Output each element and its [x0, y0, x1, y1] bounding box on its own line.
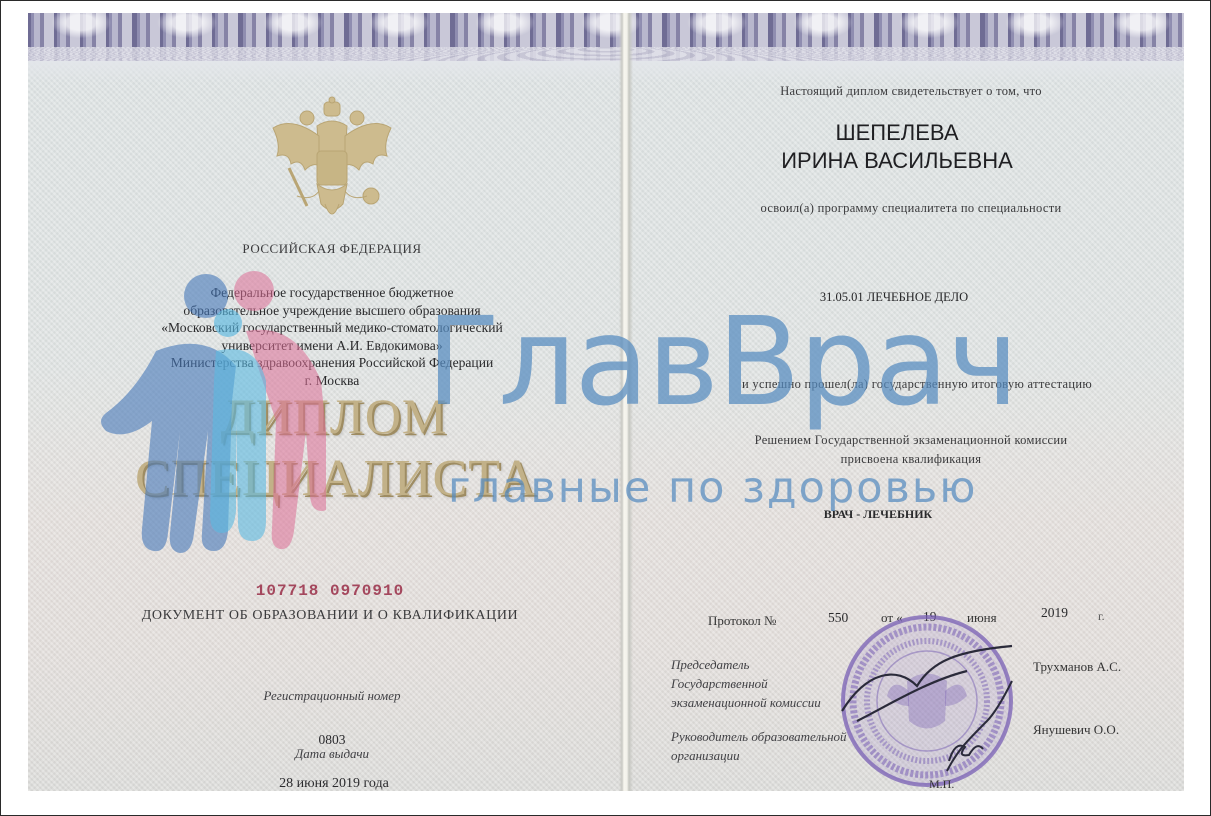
- decision-line: Решением Государственной экзаменационной…: [755, 431, 1068, 450]
- protocol-year: 2019: [1041, 605, 1068, 621]
- official-seal-icon: [837, 611, 1017, 791]
- watermark-brand: ГлавВрач: [426, 301, 1017, 423]
- organization-head-title: Руководитель образовательной организации: [671, 727, 847, 765]
- guilloche-border: [28, 13, 1184, 61]
- issue-date: 28 июня 2019 года: [279, 776, 389, 792]
- organization-head-name: Янушевич О.О.: [1033, 722, 1119, 738]
- chair-title-line: экзаменационной комиссии: [671, 693, 821, 712]
- head-title-line: Руководитель образовательной: [671, 727, 847, 746]
- graduate-surname: ШЕПЕЛЕВА: [781, 119, 1013, 147]
- head-title-line: организации: [671, 746, 847, 765]
- commission-chair-title: Председатель Государственной экзаменацио…: [671, 655, 821, 712]
- watermark-tagline: главные по здоровью: [448, 467, 977, 510]
- commission-chair-name: Трухманов А.С.: [1033, 659, 1121, 675]
- graduate-given-names: ИРИНА ВАСИЛЬЕВНА: [781, 147, 1013, 175]
- country-name: РОССИЙСКАЯ ФЕДЕРАЦИЯ: [242, 241, 421, 257]
- coat-of-arms-icon: [267, 96, 397, 231]
- seal-label: М.П.: [929, 777, 954, 792]
- protocol-year-suffix: г.: [1098, 609, 1105, 624]
- document-type: ДОКУМЕНТ ОБ ОБРАЗОВАНИИ И О КВАЛИФИКАЦИИ: [142, 608, 519, 624]
- image-frame: РОССИЙСКАЯ ФЕДЕРАЦИЯ Федеральное государ…: [0, 0, 1211, 816]
- watermark-hands-logo-icon: [96, 271, 326, 556]
- chair-title-line: Председатель: [671, 655, 821, 674]
- serial-number: 107718 0970910: [256, 582, 404, 600]
- program-mastered-text: освоил(а) программу специалитета по спец…: [761, 201, 1062, 216]
- chair-title-line: Государственной: [671, 674, 821, 693]
- certification-intro: Настоящий диплом свидетельствует о том, …: [780, 84, 1042, 99]
- registration-label: Регистрационный номер: [264, 688, 401, 704]
- graduate-name: ШЕПЕЛЕВА ИРИНА ВАСИЛЬЕВНА: [781, 119, 1013, 175]
- protocol-label: Протокол №: [708, 613, 776, 629]
- issue-date-label: Дата выдачи: [295, 746, 369, 762]
- guilloche-fade: [28, 61, 1184, 83]
